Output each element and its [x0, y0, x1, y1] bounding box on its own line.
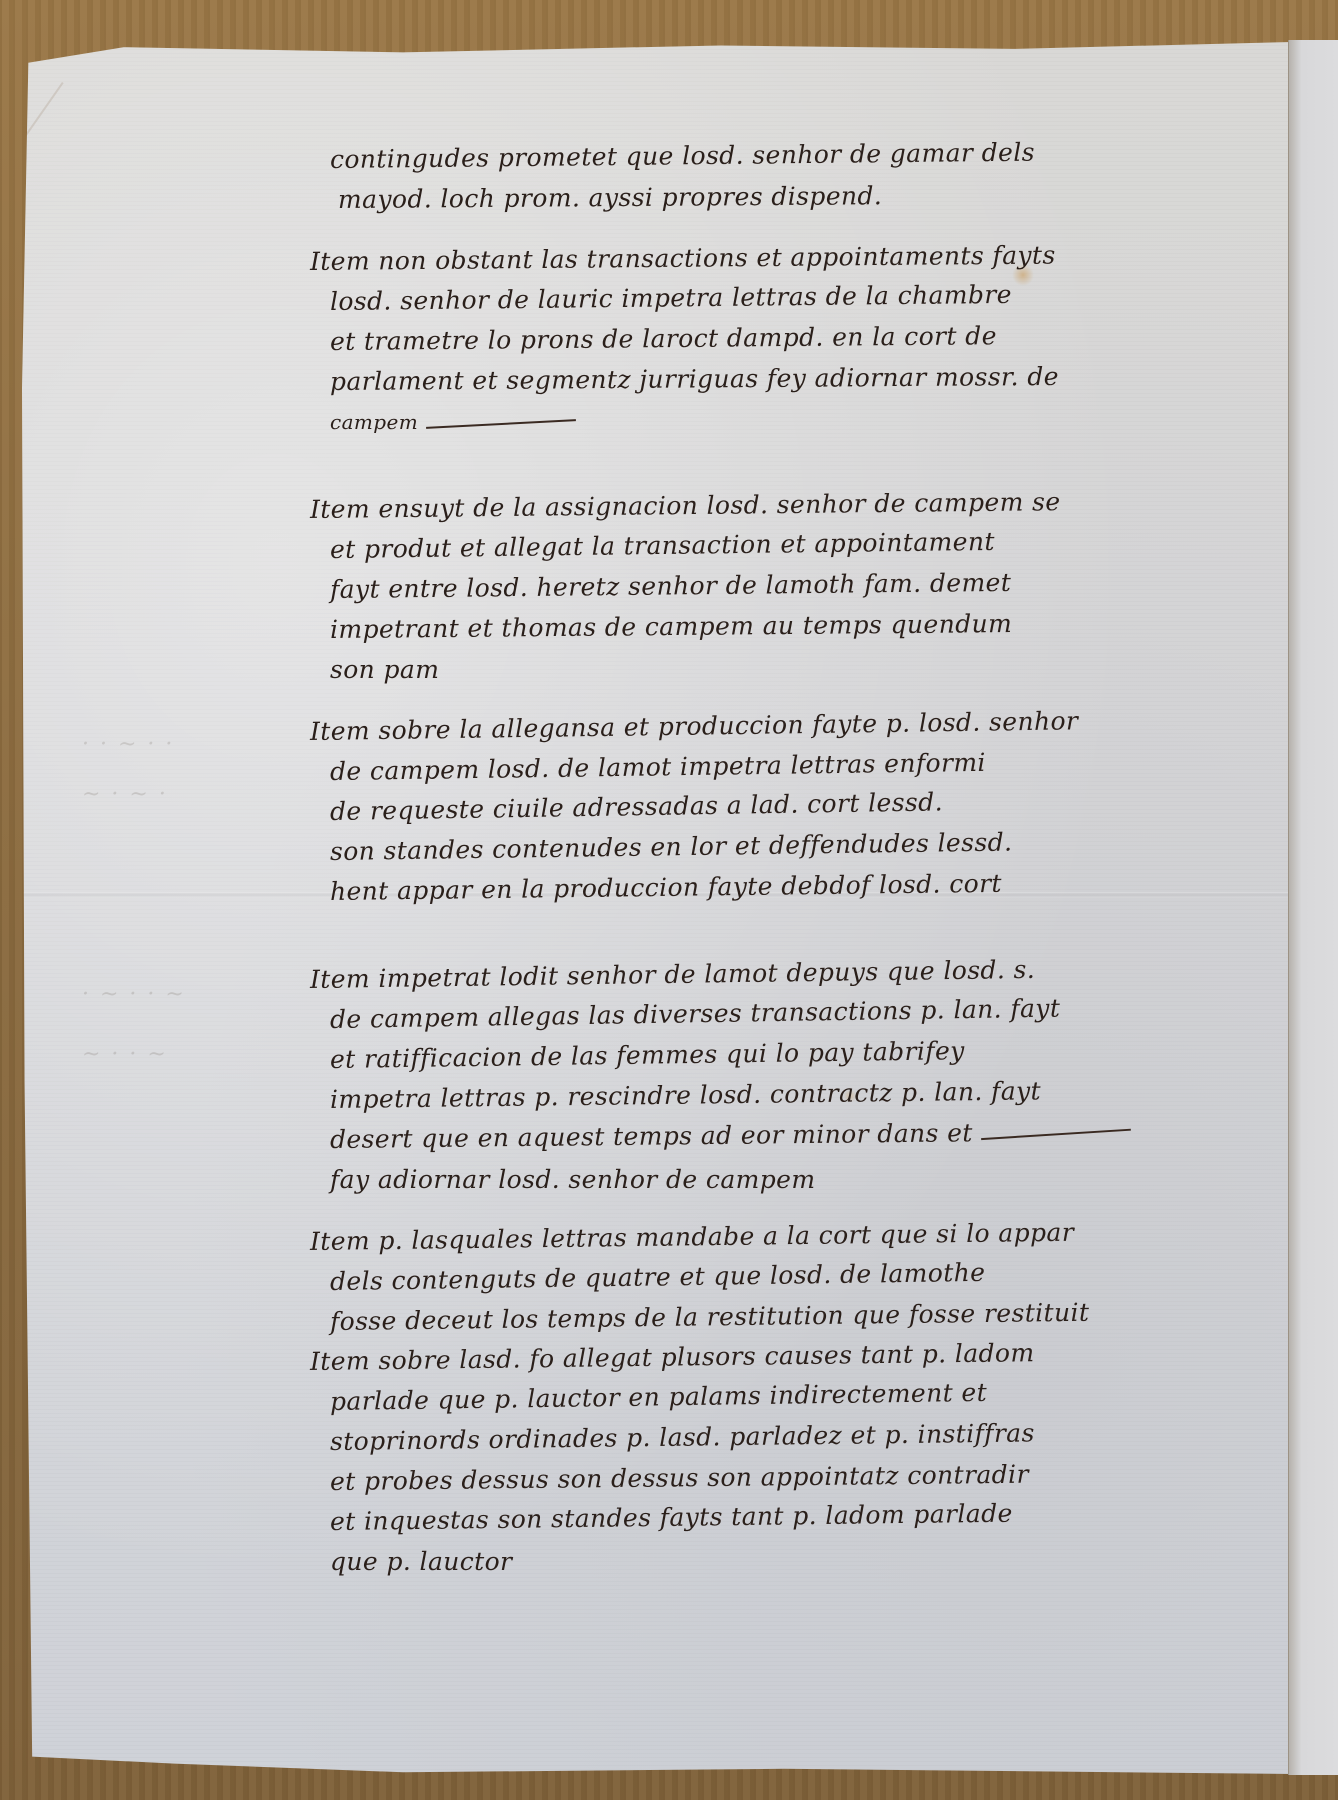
text-line: et trametre lo prons de laroct dampd. en…: [330, 314, 1230, 362]
bleed-through-text: ~ · · ~: [82, 1042, 302, 1067]
bleed-through-text: ~ · ~ ·: [82, 782, 302, 807]
bleed-through-text: · ~ · · ~: [82, 982, 302, 1007]
text-line: campem: [330, 402, 1230, 442]
manuscript-text: contingudes prometet que losd. senhor de…: [330, 140, 1230, 1582]
text-line: contingudes prometet que losd. senhor de…: [330, 131, 1230, 180]
text-line: son pam: [330, 650, 1230, 690]
paragraph-7: Item sobre lasd. fo allegat plusors caus…: [330, 1342, 1230, 1582]
text-line: desert que en aquest temps ad eor minor …: [330, 1111, 1230, 1160]
text-line: fay adiornar losd. senhor de campem: [330, 1160, 1230, 1200]
paragraph-1: contingudes prometet que losd. senhor de…: [330, 140, 1230, 220]
paragraph-6: Item p. lasquales lettras mandabe a la c…: [330, 1222, 1230, 1342]
paragraph-4: Item sobre la allegansa et produccion fa…: [330, 712, 1230, 912]
diagonal-crease: [0, 82, 64, 231]
text-line: mayod. loch prom. ayssi propres dispend.: [338, 174, 1230, 220]
paragraph-3: Item ensuyt de la assignacion losd. senh…: [330, 490, 1230, 690]
paragraph-5: Item impetrat lodit senhor de lamot depu…: [330, 960, 1230, 1200]
text-line: impetrant et thomas de campem au temps q…: [330, 602, 1230, 650]
bleed-through-text: · · ~ · ·: [82, 732, 302, 757]
text-line: parlament et segmentz jurriguas fey adio…: [330, 356, 1230, 402]
facing-page-edge: [1288, 40, 1338, 1775]
text-line: que p. lauctor: [330, 1542, 1230, 1582]
paragraph-2: Item non obstant las transactions et app…: [330, 242, 1230, 442]
